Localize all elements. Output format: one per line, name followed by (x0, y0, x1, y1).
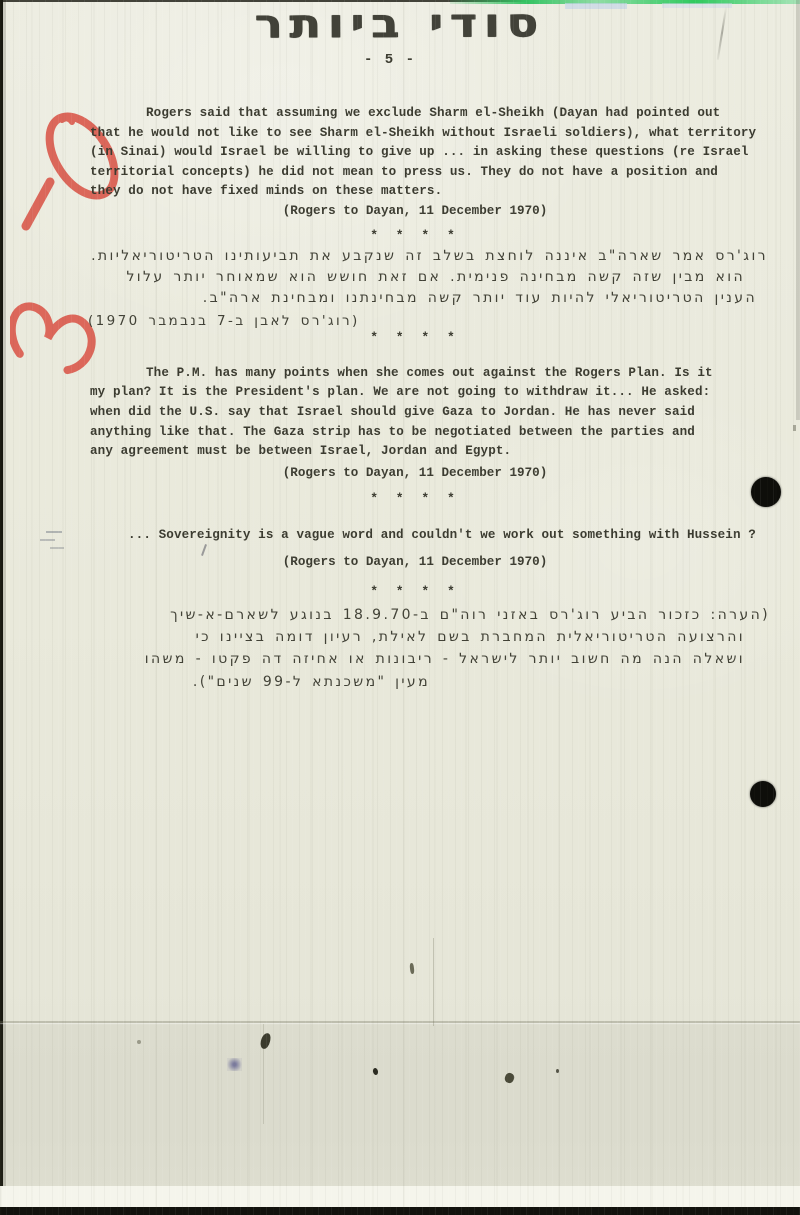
ink-speck (259, 1032, 271, 1050)
typewritten-line: anything like that. The Gaza strip has t… (90, 423, 695, 442)
ink-speck (372, 1067, 379, 1075)
ink-speck (504, 1072, 516, 1084)
ink-speck (409, 963, 414, 974)
scan-bottom-edge (0, 1207, 800, 1215)
ink-speck (137, 1040, 141, 1044)
hebrew-footnote-line: מעין "משכנתא ל-99 שנים"). (193, 674, 430, 690)
asterisk-separator: * * * * (90, 491, 740, 506)
pencil-dash (50, 547, 64, 549)
punch-hole-top (751, 477, 781, 507)
scan-bottom-white-strip (0, 1186, 800, 1207)
pencil-dash (46, 531, 62, 533)
typewritten-line: that he would not like to see Sharm el-S… (90, 124, 756, 143)
typewritten-line: Rogers said that assuming we exclude Sha… (146, 104, 720, 123)
hebrew-footnote-line: (הערה: כזכור הביע רוג'רס באזני רוה"ם ב-1… (170, 607, 770, 623)
hebrew-footnote-line: והרצועה הטריטוריאלית המחברת בשם לאילת, ר… (196, 629, 745, 645)
typewritten-line: (in Sinai) would Israel be willing to gi… (90, 143, 749, 162)
hebrew-footnote-line: ושאלה הנה מה חשוב יותר לישראל - ריבונות … (145, 651, 745, 667)
fold-crease-line (0, 1021, 800, 1023)
quote-attribution: (Rogers to Dayan, 11 December 1970) (90, 466, 740, 480)
punch-hole-bottom (750, 781, 776, 807)
typewritten-line: any agreement must be between Israel, Jo… (90, 442, 511, 461)
scanned-document-page: 10 3 סודי ביותר - 5 - Rogers said that a… (0, 0, 800, 1215)
asterisk-separator: * * * * (90, 228, 740, 243)
lower-mottled-band (0, 1023, 800, 1186)
typewritten-line: territorial concepts) he did not mean to… (90, 163, 718, 182)
typewritten-line: when did the U.S. say that Israel should… (90, 403, 695, 422)
vertical-crease (433, 938, 434, 1026)
asterisk-separator: * * * * (90, 330, 740, 345)
ink-speck (556, 1069, 559, 1073)
pencil-dash (40, 539, 55, 541)
typewritten-line: my plan? It is the President's plan. We … (90, 383, 710, 402)
ink-speck (793, 425, 796, 431)
page-number: - 5 - (65, 52, 715, 68)
quote-attribution: (Rogers to Dayan, 11 December 1970) (90, 555, 740, 569)
quote-attribution: (Rogers to Dayan, 11 December 1970) (90, 204, 740, 218)
hebrew-typewritten-line: הוא מבין שזה קשה מבחינה פנימית. אם זאת ח… (126, 269, 745, 285)
typewritten-line: they do not have fixed minds on these ma… (90, 182, 442, 201)
asterisk-separator: * * * * (90, 584, 740, 599)
typewritten-line: The P.M. has many points when she comes … (146, 364, 713, 383)
hebrew-typewritten-line: רוג'רס אמר שארה"ב איננה לוחצת בשלב זה שנ… (91, 248, 768, 264)
typewritten-line: ... Sovereignity is a vague word and cou… (128, 526, 756, 545)
secrecy-stamp: סודי ביותר (0, 2, 800, 44)
hebrew-quote-attribution: (רוג'רס לאבן ב-7 בנבמבר 1970) (88, 313, 360, 329)
ink-speck (227, 1058, 242, 1071)
scan-right-edge-shade (796, 0, 800, 420)
hebrew-typewritten-line: הענין הטריטוריאלי להיות עוד יותר קשה מבח… (203, 290, 757, 306)
scan-left-edge (0, 0, 3, 1215)
scan-left-edge-shade (3, 0, 6, 1215)
